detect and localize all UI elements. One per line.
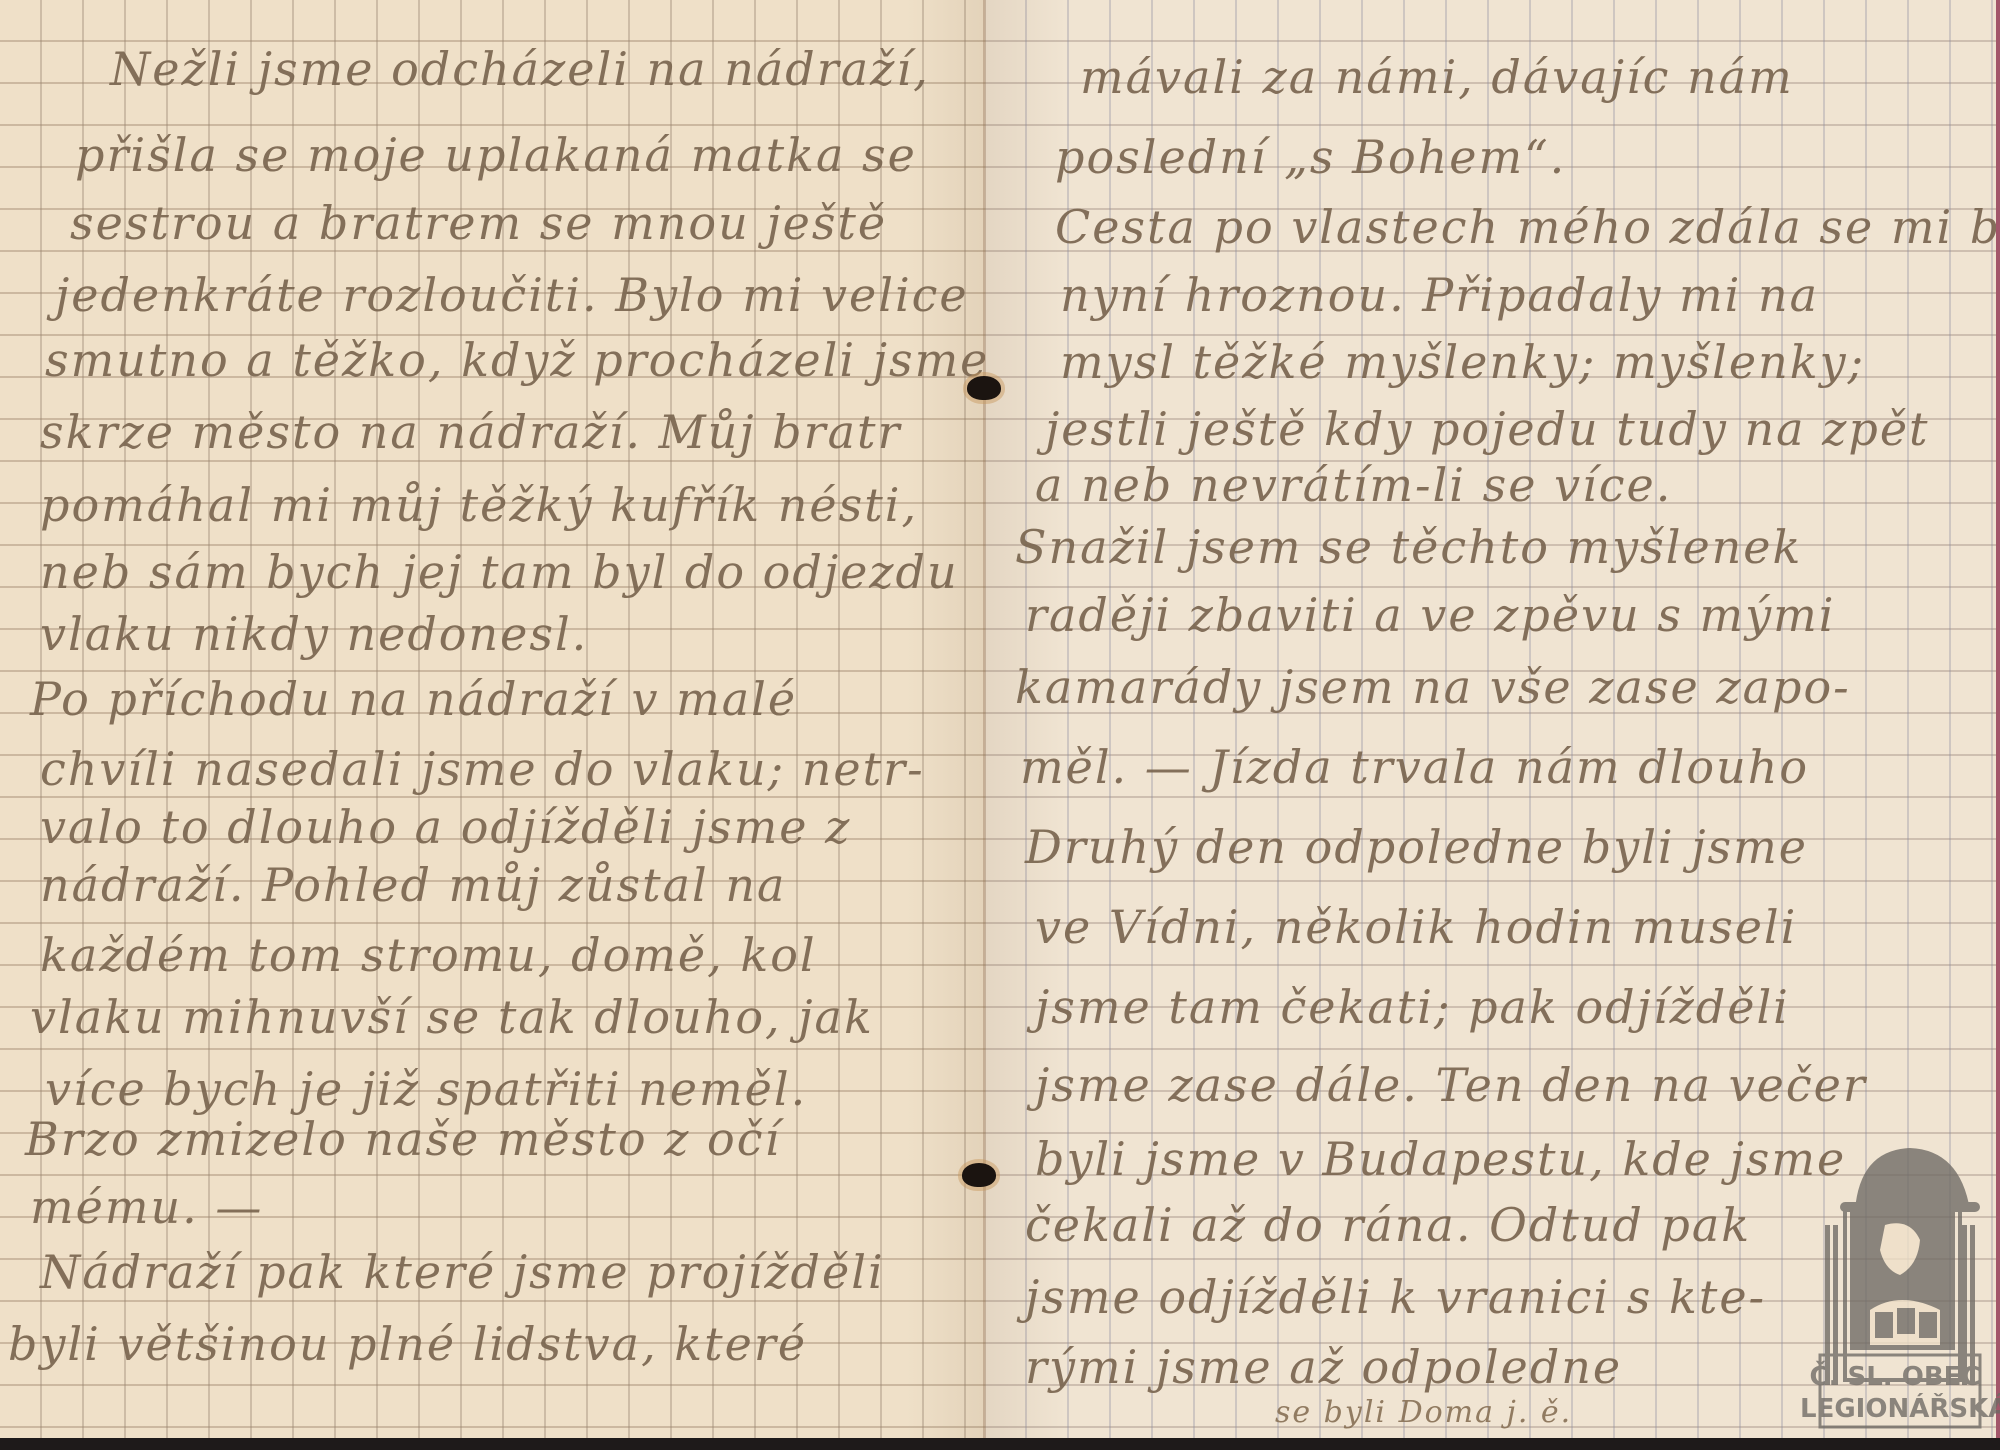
binding-hole-top (967, 376, 1001, 400)
text-line: poslední „s Bohem“. (1055, 130, 1566, 184)
notebook-spread: Nežli jsme odcházeli na nádraží, přišla … (0, 0, 2000, 1440)
text-line: měl. — Jízda trvala nám dlouho (1020, 740, 1809, 794)
text-line: raději zbaviti a ve zpěvu s mými (1025, 588, 1836, 642)
scan-bottom-edge (0, 1438, 2000, 1450)
text-line: jestli ještě kdy pojedu tudy na zpět (1045, 402, 1930, 456)
text-line: Po příchodu na nádraží v malé (30, 672, 797, 726)
text-line: a neb nevrátím-li se více. (1035, 458, 1672, 512)
text-line: vlaku mihnuvší se tak dlouho, jak (30, 990, 874, 1044)
text-line: přišla se moje uplakaná matka se (75, 128, 917, 182)
notebook-spine (983, 0, 986, 1440)
text-line: Nádraží pak které jsme projížděli (40, 1245, 885, 1299)
text-line: kamarády jsem na vše zase zapo- (1015, 660, 1851, 714)
text-line: byli většinou plné lidstva, které (8, 1317, 807, 1371)
text-line: mysl těžké myšlenky; myšlenky; (1060, 335, 1865, 389)
text-line: neb sám bych jej tam byl do odjezdu (40, 545, 959, 599)
text-line: smutno a těžko, když procházeli jsme (45, 333, 985, 387)
text-line: Druhý den odpoledne byli jsme (1025, 820, 1808, 874)
left-page: Nežli jsme odcházeli na nádraží, přišla … (0, 0, 985, 1440)
text-line: každém tom stromu, domě, kol (40, 928, 817, 982)
binding-hole-bottom (962, 1163, 996, 1187)
text-line: byli jsme v Budapestu, kde jsme (1035, 1132, 1846, 1186)
text-line: chvíli nasedali jsme do vlaku; netr- (40, 742, 925, 796)
text-line: jsme zase dále. Ten den na večer (1035, 1058, 1867, 1112)
text-line: Nežli jsme odcházeli na nádraží, (110, 42, 930, 96)
text-line: valo to dlouho a odjížděli jsme z (40, 800, 851, 854)
text-line: Cesta po vlastech mého zdála se mi býti (1055, 200, 1997, 254)
text-line: Brzo zmizelo naše město z očí (25, 1112, 781, 1166)
text-line: Snažil jsem se těchto myšlenek (1015, 520, 1802, 574)
text-line: mávali za námi, dávajíc nám (1080, 50, 1794, 104)
text-line: pomáhal mi můj těžký kufřík nésti, (40, 478, 918, 532)
watermark-line-1: Č. SL. OBEC (1800, 1362, 1990, 1392)
text-line: ve Vídni, několik hodin museli (1035, 900, 1797, 954)
text-line: mému. — (30, 1180, 263, 1234)
text-line: jsme tam čekati; pak odjížděli (1035, 980, 1790, 1034)
text-line: nyní hroznou. Připadaly mi na (1060, 268, 1819, 322)
text-line: čekali až do rána. Odtud pak (1025, 1198, 1751, 1252)
signature-line: se byli Doma j. ě. (1275, 1395, 1572, 1430)
text-line: jsme odjížděli k vranici s kte- (1025, 1270, 1766, 1324)
text-line: nádraží. Pohled můj zůstal na (40, 858, 786, 912)
text-line: skrze město na nádraží. Můj bratr (40, 405, 902, 459)
text-line: jedenkráte rozloučiti. Bylo mi velice (55, 268, 969, 322)
legion-watermark-stamp: Č. SL. OBEC LEGIONÁŘSKÁ (1800, 1140, 1990, 1430)
text-line: více bych je již spatřiti neměl. (45, 1062, 807, 1116)
text-line: rými jsme až odpoledne (1025, 1340, 1622, 1394)
text-line: vlaku nikdy nedonesl. (40, 607, 588, 661)
text-line: sestrou a bratrem se mnou ještě (70, 196, 887, 250)
watermark-line-2: LEGIONÁŘSKÁ (1800, 1394, 1990, 1424)
cover-edge (1996, 0, 2000, 1440)
